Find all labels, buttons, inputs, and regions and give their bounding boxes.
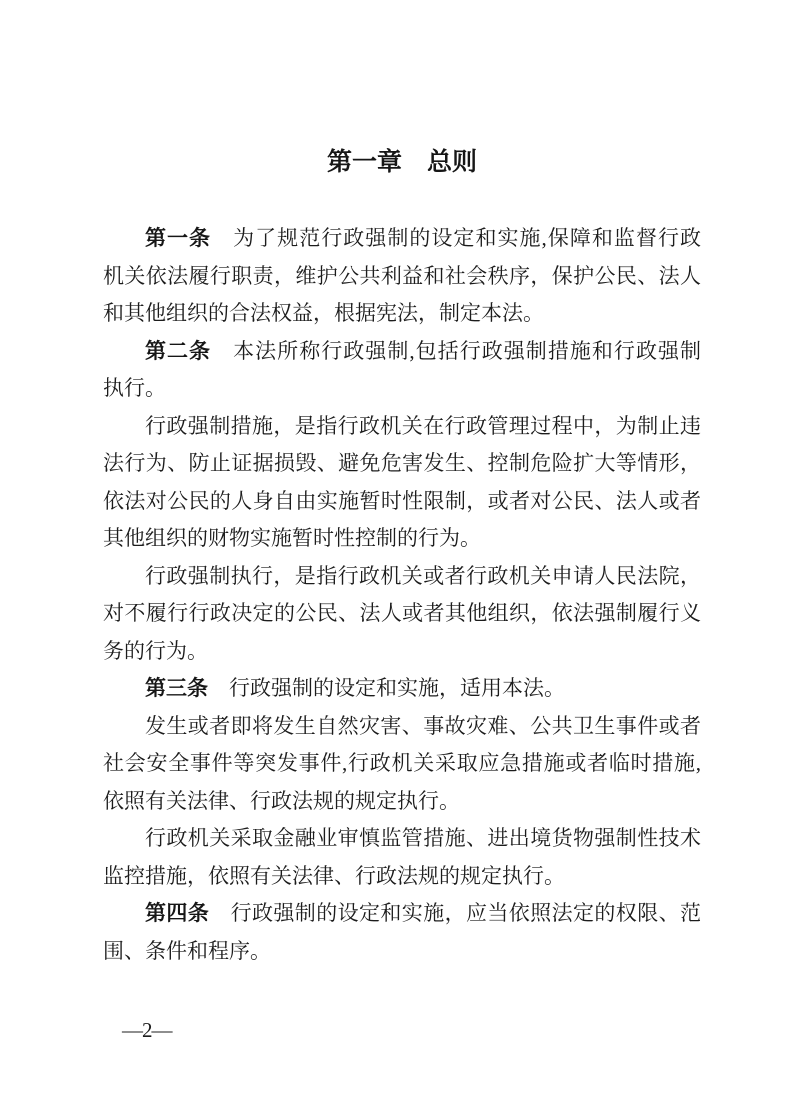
text-line: 发生或者即将发生自然灾害、事故灾难、公共卫生事件或者 (103, 708, 701, 746)
text-line: 依法对公民的人身自由实施暂时性限制，或者对公民、法人或者 (103, 483, 701, 521)
article-number: 第一条 (145, 227, 211, 250)
text-line: 行政强制措施，是指行政机关在行政管理过程中，为制止违 (103, 408, 701, 446)
text-line: 执行。 (103, 370, 701, 408)
paragraph: 第三条 行政强制的设定和实施，适用本法。 (103, 670, 701, 708)
paragraph: 发生或者即将发生自然灾害、事故灾难、公共卫生事件或者社会安全事件等突发事件,行政… (103, 708, 701, 821)
text-line: 第三条 行政强制的设定和实施，适用本法。 (103, 670, 701, 708)
text-line: 监控措施，依照有关法律、行政法规的规定执行。 (103, 858, 701, 896)
text-line: 对不履行行政决定的公民、法人或者其他组织，依法强制履行义 (103, 595, 701, 633)
text-line: 其他组织的财物实施暂时性控制的行为。 (103, 520, 701, 558)
text-line: 第四条 行政强制的设定和实施，应当依照法定的权限、范 (103, 895, 701, 933)
text-line: 社会安全事件等突发事件,行政机关采取应急措施或者临时措施, (103, 745, 701, 783)
document-page: 第一章 总则 第一条 为了规范行政强制的设定和实施,保障和监督行政机关依法履行职… (0, 0, 790, 1118)
page-number: —2— (122, 1016, 172, 1044)
text-line: 行政强制执行，是指行政机关或者行政机关申请人民法院， (103, 558, 701, 596)
chapter-title: 第一章 总则 (103, 146, 701, 178)
paragraph: 第二条 本法所称行政强制,包括行政强制措施和行政强制执行。 (103, 333, 701, 408)
paragraph: 第四条 行政强制的设定和实施，应当依照法定的权限、范围、条件和程序。 (103, 895, 701, 970)
text-line: 围、条件和程序。 (103, 933, 701, 971)
text-line: 第二条 本法所称行政强制,包括行政强制措施和行政强制 (103, 333, 701, 371)
article-number: 第四条 (145, 902, 209, 925)
document-body: 第一条 为了规范行政强制的设定和实施,保障和监督行政机关依法履行职责，维护公共利… (103, 220, 701, 970)
text-line: 机关依法履行职责，维护公共利益和社会秩序，保护公民、法人 (103, 258, 701, 296)
paragraph: 第一条 为了规范行政强制的设定和实施,保障和监督行政机关依法履行职责，维护公共利… (103, 220, 701, 333)
text-line: 和其他组织的合法权益，根据宪法，制定本法。 (103, 295, 701, 333)
text-line: 第一条 为了规范行政强制的设定和实施,保障和监督行政 (103, 220, 701, 258)
article-number: 第三条 (145, 677, 208, 700)
text-line: 行政机关采取金融业审慎监管措施、进出境货物强制性技术 (103, 820, 701, 858)
paragraph: 行政机关采取金融业审慎监管措施、进出境货物强制性技术监控措施，依照有关法律、行政… (103, 820, 701, 895)
paragraph: 行政强制执行，是指行政机关或者行政机关申请人民法院，对不履行行政决定的公民、法人… (103, 558, 701, 671)
text-line: 依照有关法律、行政法规的规定执行。 (103, 783, 701, 821)
paragraph: 行政强制措施，是指行政机关在行政管理过程中，为制止违法行为、防止证据损毁、避免危… (103, 408, 701, 558)
text-line: 务的行为。 (103, 633, 701, 671)
article-number: 第二条 (145, 340, 211, 363)
text-line: 法行为、防止证据损毁、避免危害发生、控制危险扩大等情形， (103, 445, 701, 483)
